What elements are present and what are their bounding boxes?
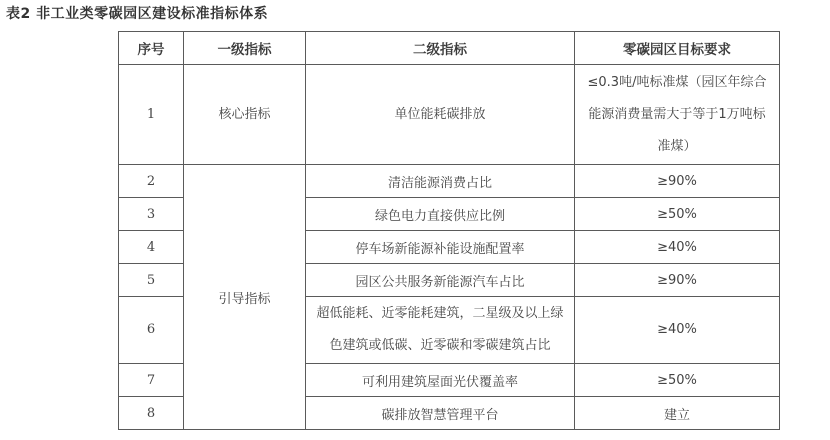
cell-target-requirement: ≥50%: [575, 364, 780, 397]
cell-level1-indicator: 核心指标: [184, 65, 306, 165]
cell-level2-indicator: 超低能耗、近零能耗建筑，二星级及以上绿色建筑或低碳、近零碳和零碳建筑占比: [306, 297, 575, 364]
cell-level2-indicator: 碳排放智慧管理平台: [306, 397, 575, 430]
header-level2-indicator: 二级指标: [306, 32, 575, 65]
cell-target-requirement: ≥90%: [575, 165, 780, 198]
cell-serial-number: 5: [119, 264, 184, 297]
cell-level2-indicator: 可利用建筑屋面光伏覆盖率: [306, 364, 575, 397]
cell-level1-indicator-group: 引导指标: [184, 165, 306, 430]
cell-serial-number: 4: [119, 231, 184, 264]
table-header-row: 序号 一级指标 二级指标 零碳园区目标要求: [119, 32, 780, 65]
cell-serial-number: 2: [119, 165, 184, 198]
cell-serial-number: 6: [119, 297, 184, 364]
header-target-requirement: 零碳园区目标要求: [575, 32, 780, 65]
cell-target-requirement: ≤0.3吨/吨标准煤（园区年综合能源消费量需大于等于1万吨标准煤）: [575, 65, 780, 165]
table-row: 2 引导指标 清洁能源消费占比 ≥90%: [119, 165, 780, 198]
cell-serial-number: 7: [119, 364, 184, 397]
cell-serial-number: 3: [119, 198, 184, 231]
cell-level2-indicator: 绿色电力直接供应比例: [306, 198, 575, 231]
header-serial-number: 序号: [119, 32, 184, 65]
cell-target-requirement: ≥50%: [575, 198, 780, 231]
cell-serial-number: 1: [119, 65, 184, 165]
cell-level2-indicator: 单位能耗碳排放: [306, 65, 575, 165]
cell-target-requirement: ≥40%: [575, 231, 780, 264]
table-row: 1 核心指标 单位能耗碳排放 ≤0.3吨/吨标准煤（园区年综合能源消费量需大于等…: [119, 65, 780, 165]
indicator-table: 序号 一级指标 二级指标 零碳园区目标要求 1 核心指标 单位能耗碳排放 ≤0.…: [118, 31, 780, 430]
cell-target-requirement: ≥40%: [575, 297, 780, 364]
cell-level2-indicator: 清洁能源消费占比: [306, 165, 575, 198]
cell-serial-number: 8: [119, 397, 184, 430]
cell-level2-indicator: 园区公共服务新能源汽车占比: [306, 264, 575, 297]
cell-target-requirement: ≥90%: [575, 264, 780, 297]
header-level1-indicator: 一级指标: [184, 32, 306, 65]
cell-level2-indicator: 停车场新能源补能设施配置率: [306, 231, 575, 264]
cell-target-requirement: 建立: [575, 397, 780, 430]
table-caption: 表2 非工业类零碳园区建设标准指标体系: [6, 3, 268, 23]
